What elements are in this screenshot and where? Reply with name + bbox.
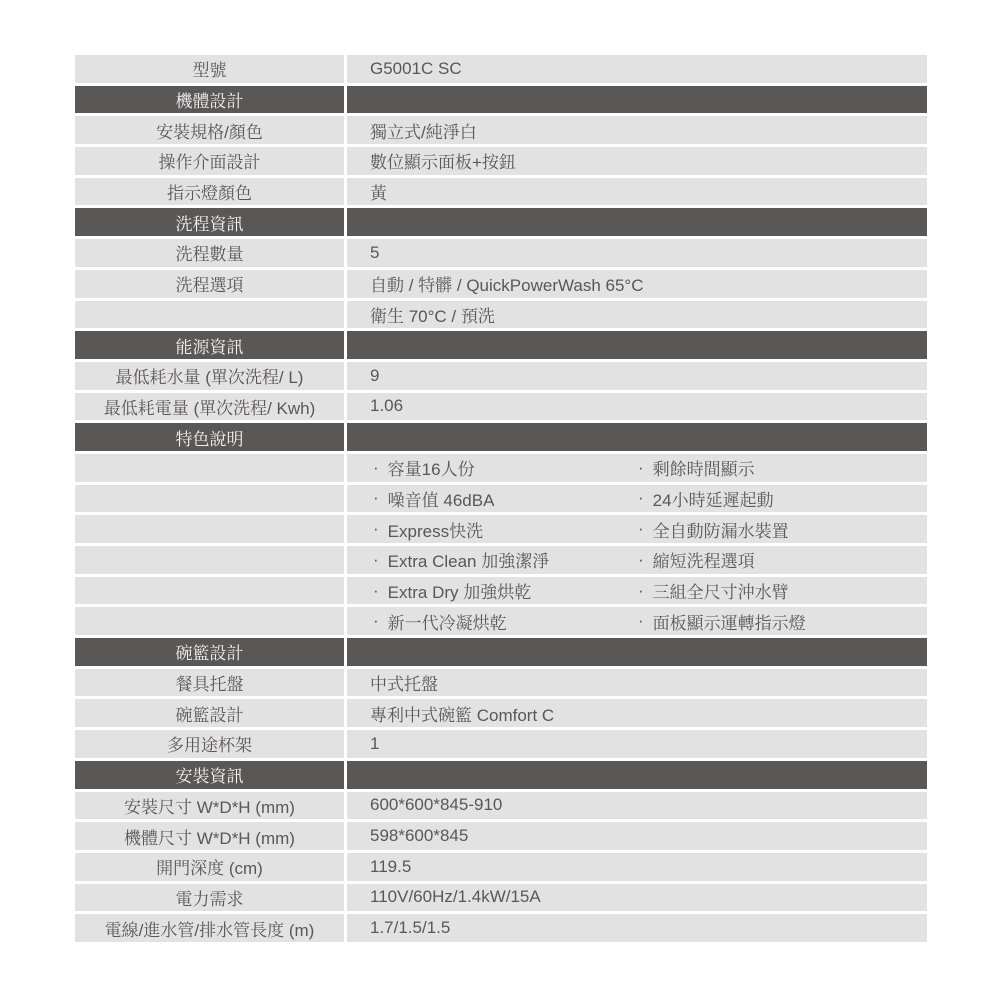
bullet-icon: · <box>373 519 379 539</box>
spec-row-value: 1.7/1.5/1.5 <box>347 914 927 942</box>
section-header-row: 洗程資訊 <box>75 208 927 236</box>
spec-row: 洗程選項 自動 / 特髒 / QuickPowerWash 65°C <box>75 270 927 298</box>
spec-row-value: 自動 / 特髒 / QuickPowerWash 65°C <box>347 270 927 298</box>
bullet-icon: · <box>638 611 644 631</box>
spec-row: 餐具托盤 中式托盤 <box>75 669 927 697</box>
section-header-row: 機體設計 <box>75 86 927 114</box>
bullet-icon: · <box>373 458 379 478</box>
section-header-row: 能源資訊 <box>75 331 927 359</box>
feature-row-empty-label <box>75 546 347 574</box>
feature-item: · 24小時延遲起動 <box>638 486 927 511</box>
product-spec-table: 型號 G5001C SC 機體設計 安裝規格/顏色 獨立式/純淨白 操作介面設計… <box>75 55 927 942</box>
spec-row: 指示燈顏色 黃 <box>75 178 927 206</box>
spec-row-label: 最低耗電量 (單次洗程/ Kwh) <box>75 393 347 421</box>
spec-row-label: 開門深度 (cm) <box>75 853 347 881</box>
spec-row-label: 洗程數量 <box>75 239 347 267</box>
feature-text: Extra Clean 加強潔淨 <box>388 547 550 572</box>
feature-row-values: · Extra Clean 加強潔淨 · 縮短洗程選項 <box>347 546 927 574</box>
feature-item: · Extra Dry 加強烘乾 <box>373 578 638 603</box>
section-header-row: 安裝資訊 <box>75 761 927 789</box>
spec-row: 電力需求 110V/60Hz/1.4kW/15A <box>75 884 927 912</box>
feature-item: · 剩餘時間顯示 <box>638 455 927 480</box>
section-header-row: 特色說明 <box>75 423 927 451</box>
spec-row: 機體尺寸 W*D*H (mm) 598*600*845 <box>75 822 927 850</box>
spec-row-label: 操作介面設計 <box>75 147 347 175</box>
bullet-icon: · <box>373 581 379 601</box>
spec-row-label: 安裝尺寸 W*D*H (mm) <box>75 792 347 820</box>
feature-row-values: · 容量16人份 · 剩餘時間顯示 <box>347 454 927 482</box>
spec-row: 安裝規格/顏色 獨立式/純淨白 <box>75 116 927 144</box>
feature-row: · Extra Dry 加強烘乾 · 三組全尺寸沖水臂 <box>75 577 927 605</box>
section-header-spacer <box>347 638 927 666</box>
feature-item: · 面板顯示運轉指示燈 <box>638 609 927 634</box>
section-header-title: 安裝資訊 <box>75 761 347 789</box>
feature-text: Express快洗 <box>388 517 483 542</box>
spec-row-label: 指示燈顏色 <box>75 178 347 206</box>
feature-item: · 全自動防漏水裝置 <box>638 517 927 542</box>
spec-row-label: 機體尺寸 W*D*H (mm) <box>75 822 347 850</box>
feature-row-empty-label <box>75 485 347 513</box>
section-header-spacer <box>347 761 927 789</box>
spec-row: 安裝尺寸 W*D*H (mm) 600*600*845-910 <box>75 792 927 820</box>
bullet-icon: · <box>638 550 644 570</box>
feature-text: 新一代冷凝烘乾 <box>388 609 507 634</box>
section-header-title: 能源資訊 <box>75 331 347 359</box>
section-header-spacer <box>347 423 927 451</box>
section-header-title: 洗程資訊 <box>75 208 347 236</box>
feature-text: 面板顯示運轉指示燈 <box>653 609 806 634</box>
feature-row: · 容量16人份 · 剩餘時間顯示 <box>75 454 927 482</box>
bullet-icon: · <box>638 458 644 478</box>
bullet-icon: · <box>638 581 644 601</box>
feature-text: 三組全尺寸沖水臂 <box>653 578 789 603</box>
spec-row: 電線/進水管/排水管長度 (m) 1.7/1.5/1.5 <box>75 914 927 942</box>
feature-text: 縮短洗程選項 <box>653 547 755 572</box>
section-header-title: 碗籃設計 <box>75 638 347 666</box>
spec-row-value: 110V/60Hz/1.4kW/15A <box>347 884 927 912</box>
spec-row-value: 1.06 <box>347 393 927 421</box>
feature-row-values: · Extra Dry 加強烘乾 · 三組全尺寸沖水臂 <box>347 577 927 605</box>
spec-row-value: 600*600*845-910 <box>347 792 927 820</box>
spec-row-value: 衛生 70°C / 預洗 <box>347 301 927 329</box>
spec-row-value: 黃 <box>347 178 927 206</box>
feature-row: · 新一代冷凝烘乾 · 面板顯示運轉指示燈 <box>75 607 927 635</box>
feature-text: 全自動防漏水裝置 <box>653 517 789 542</box>
section-header-title: 機體設計 <box>75 86 347 114</box>
feature-row-empty-label <box>75 515 347 543</box>
spec-row: 洗程數量 5 <box>75 239 927 267</box>
bullet-icon: · <box>638 488 644 508</box>
spec-row-value: 中式托盤 <box>347 669 927 697</box>
feature-row-values: · 噪音值 46dBA · 24小時延遲起動 <box>347 485 927 513</box>
spec-row-label: 碗籃設計 <box>75 699 347 727</box>
feature-item: · Express快洗 <box>373 517 638 542</box>
spec-row: 衛生 70°C / 預洗 <box>75 301 927 329</box>
feature-row-empty-label <box>75 607 347 635</box>
feature-row: · Extra Clean 加強潔淨 · 縮短洗程選項 <box>75 546 927 574</box>
feature-item: · 噪音值 46dBA <box>373 486 638 511</box>
spec-row-value: 專利中式碗籃 Comfort C <box>347 699 927 727</box>
spec-row-label <box>75 301 347 329</box>
spec-row-label: 多用途杯架 <box>75 730 347 758</box>
spec-row-value: 獨立式/純淨白 <box>347 116 927 144</box>
feature-item: · 新一代冷凝烘乾 <box>373 609 638 634</box>
spec-row-label: 洗程選項 <box>75 270 347 298</box>
feature-row-values: · Express快洗 · 全自動防漏水裝置 <box>347 515 927 543</box>
feature-row-empty-label <box>75 454 347 482</box>
spec-row-label: 型號 <box>75 55 347 83</box>
bullet-icon: · <box>373 550 379 570</box>
spec-row: 最低耗水量 (單次洗程/ L) 9 <box>75 362 927 390</box>
section-header-title: 特色說明 <box>75 423 347 451</box>
spec-row-value: 119.5 <box>347 853 927 881</box>
section-header-spacer <box>347 331 927 359</box>
spec-row-label: 電線/進水管/排水管長度 (m) <box>75 914 347 942</box>
feature-item: · Extra Clean 加強潔淨 <box>373 547 638 572</box>
feature-text: 24小時延遲起動 <box>653 486 774 511</box>
section-header-spacer <box>347 86 927 114</box>
spec-row: 多用途杯架 1 <box>75 730 927 758</box>
spec-row-label: 餐具托盤 <box>75 669 347 697</box>
spec-row: 最低耗電量 (單次洗程/ Kwh) 1.06 <box>75 393 927 421</box>
feature-text: Extra Dry 加強烘乾 <box>388 578 532 603</box>
feature-row: · Express快洗 · 全自動防漏水裝置 <box>75 515 927 543</box>
spec-row-label: 電力需求 <box>75 884 347 912</box>
feature-text: 剩餘時間顯示 <box>653 455 755 480</box>
bullet-icon: · <box>638 519 644 539</box>
bullet-icon: · <box>373 611 379 631</box>
feature-item: · 容量16人份 <box>373 455 638 480</box>
spec-row: 型號 G5001C SC <box>75 55 927 83</box>
feature-row-empty-label <box>75 577 347 605</box>
bullet-icon: · <box>373 488 379 508</box>
spec-row: 開門深度 (cm) 119.5 <box>75 853 927 881</box>
feature-text: 噪音值 46dBA <box>388 486 495 511</box>
spec-row-value: G5001C SC <box>347 55 927 83</box>
spec-row-label: 安裝規格/顏色 <box>75 116 347 144</box>
feature-row: · 噪音值 46dBA · 24小時延遲起動 <box>75 485 927 513</box>
spec-row: 碗籃設計 專利中式碗籃 Comfort C <box>75 699 927 727</box>
section-header-row: 碗籃設計 <box>75 638 927 666</box>
feature-item: · 三組全尺寸沖水臂 <box>638 578 927 603</box>
feature-item: · 縮短洗程選項 <box>638 547 927 572</box>
spec-row-value: 1 <box>347 730 927 758</box>
spec-row-value: 數位顯示面板+按鈕 <box>347 147 927 175</box>
spec-row-value: 5 <box>347 239 927 267</box>
spec-row-value: 598*600*845 <box>347 822 927 850</box>
section-header-spacer <box>347 208 927 236</box>
feature-text: 容量16人份 <box>388 455 475 480</box>
spec-row-value: 9 <box>347 362 927 390</box>
spec-row-label: 最低耗水量 (單次洗程/ L) <box>75 362 347 390</box>
spec-row: 操作介面設計 數位顯示面板+按鈕 <box>75 147 927 175</box>
feature-row-values: · 新一代冷凝烘乾 · 面板顯示運轉指示燈 <box>347 607 927 635</box>
